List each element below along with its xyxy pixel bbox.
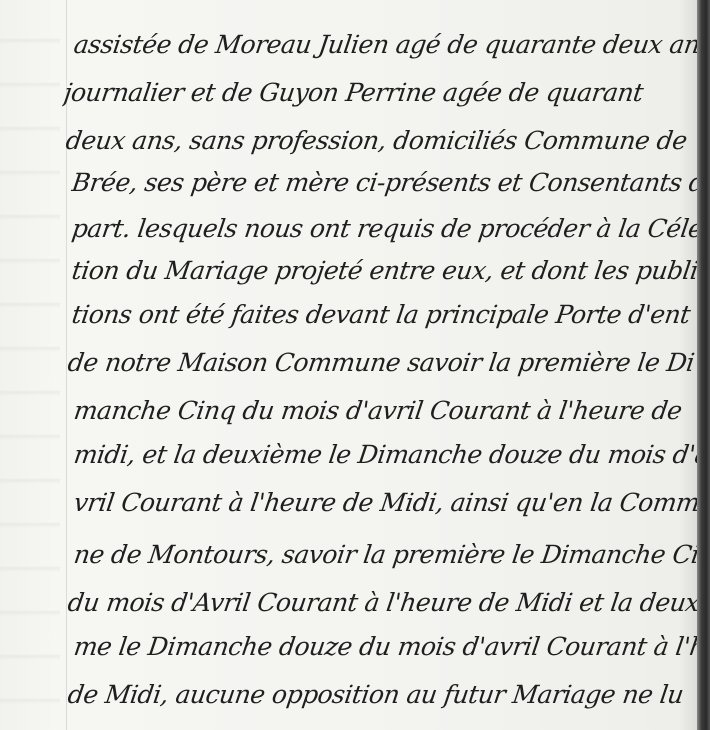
- text-line-2: journalier et de Guyon Perrine agée de q…: [62, 78, 701, 107]
- text-line-7: tions ont été faites devant la principal…: [70, 300, 701, 329]
- text-line-9: manche Cinq du mois d'avril Courant à l'…: [72, 396, 701, 425]
- text-line-11: vril Courant à l'heure de Midi, ainsi qu…: [72, 488, 701, 517]
- text-line-16-partial: ... ... ... ...: [100, 718, 699, 730]
- text-line-10: midi, et la deuxième le Dimanche douze d…: [72, 440, 701, 469]
- text-line-1: assistée de Moreau Julien agé de quarant…: [72, 30, 701, 59]
- text-line-13: du mois d'Avril Courant à l'heure de Mid…: [66, 588, 701, 617]
- text-line-3: deux ans, sans profession, domiciliés Co…: [64, 126, 701, 155]
- text-line-4: Brée, ses père et mère ci-présents et Co…: [70, 168, 701, 197]
- text-line-5: part. lesquels nous ont requis de procéd…: [70, 214, 701, 243]
- margin-bleed-through: [0, 0, 60, 730]
- page-binding-edge: [697, 0, 710, 730]
- text-line-14: me le Dimanche douze du mois d'avril Cou…: [72, 632, 701, 661]
- text-line-15: de Midi, aucune opposition au futur Mari…: [66, 680, 701, 709]
- document-page: assistée de Moreau Julien agé de quarant…: [0, 0, 700, 730]
- text-line-6: tion du Mariage projeté entre eux, et do…: [70, 256, 701, 285]
- text-line-8: de notre Maison Commune savoir la premiè…: [66, 348, 701, 377]
- text-line-12: ne de Montours, savoir la première le Di…: [72, 540, 701, 569]
